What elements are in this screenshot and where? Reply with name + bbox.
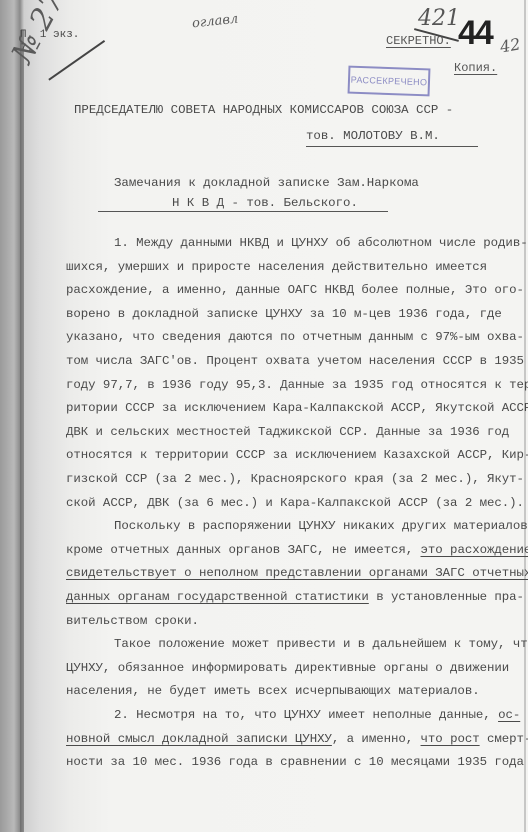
body-line: ДВК и сельских местностей Таджикской ССР… — [66, 425, 509, 439]
text-run: относятся к территории СССР за исключени… — [66, 448, 528, 462]
addressee-line-1: ПРЕДСЕДАТЕЛЮ СОВЕТА НАРОДНЫХ КОМИССАРОВ … — [74, 103, 453, 117]
secrecy-label: СЕКРЕТНО. — [386, 34, 451, 48]
text-run: Такое положение может привести и в дальн… — [114, 637, 528, 651]
body-line: 1. Между данными НКВД и ЦУНХУ об абсолют… — [114, 236, 528, 250]
text-run: 1. Между данными НКВД и ЦУНХУ об абсолют… — [114, 236, 528, 250]
underlined-text: свидетельствует о неполном представлении… — [66, 566, 528, 580]
text-run: смерт- — [480, 732, 528, 746]
handwritten-note: оглавл — [191, 12, 239, 32]
text-run: ЦУНХУ, обязанное информировать директивн… — [66, 661, 509, 675]
body-line: свидетельствует о неполном представлении… — [66, 566, 528, 580]
underlined-text: это расхождение — [421, 543, 528, 557]
title-line-2: Н К В Д - тов. Бельского. — [172, 196, 358, 210]
text-run: расхождение, а именно, данные ОАГС НКВД … — [66, 283, 524, 297]
text-run: вительством сроки. — [66, 614, 199, 628]
body-line: населения, не будет иметь всех исчерпыва… — [66, 684, 480, 698]
text-run: ритории СССР за исключением Кара-Калпакс… — [66, 401, 528, 415]
body-line: ритории СССР за исключением Кара-Калпакс… — [66, 401, 528, 415]
page-edge — [524, 0, 526, 832]
text-run: шихся, умерших и приросте населения дейс… — [66, 260, 487, 274]
underlined-text: новной смысл докладной записки ЦУНХУ — [66, 732, 332, 746]
body-line: новной смысл докладной записки ЦУНХУ, а … — [66, 732, 528, 746]
binding-edge — [20, 30, 24, 832]
body-line: году 97,7, в 1936 году 95,3. Данные за 1… — [66, 378, 528, 392]
body-line: ворено в докладной записке ЦУНХУ за 10 м… — [66, 307, 502, 321]
body-line: ности за 10 мес. 1936 года в сравнении с… — [66, 755, 524, 769]
text-run: населения, не будет иметь всех исчерпыва… — [66, 684, 480, 698]
copy-label: Копия. — [454, 61, 497, 75]
body-line: гизской ССР (за 2 мес.), Красноярского к… — [66, 472, 524, 486]
text-run: в установленные пра- — [369, 590, 524, 604]
body-line: 2. Несмотря на то, что ЦУНХУ имеет непол… — [114, 708, 520, 722]
body-line: ской АССР, ДВК (за 6 мес.) и Кара-Калпак… — [66, 496, 524, 510]
underlined-text: данных органам государственной статистик… — [66, 590, 369, 604]
text-run: 2. Несмотря на то, что ЦУНХУ имеет непол… — [114, 708, 498, 722]
title-line-1: Замечания к докладной записке Зам.Нарком… — [114, 176, 419, 190]
handwritten-stroke — [48, 40, 105, 81]
underlined-text: что рост — [421, 732, 480, 746]
addressee-underline — [306, 146, 478, 147]
text-run: том числа ЗАГС'ов. Процент охвата учетом… — [66, 354, 524, 368]
body-line: Такое положение может привести и в дальн… — [114, 637, 528, 651]
text-run: гизской ССР (за 2 мес.), Красноярского к… — [66, 472, 524, 486]
text-run: ской АССР, ДВК (за 6 мес.) и Кара-Калпак… — [66, 496, 524, 510]
text-run: ДВК и сельских местностей Таджикской ССР… — [66, 425, 509, 439]
text-run: Поскольку в распоряжении ЦУНХУ никаких д… — [114, 519, 528, 533]
body-line: том числа ЗАГС'ов. Процент охвата учетом… — [66, 354, 524, 368]
text-run: , а именно, — [332, 732, 421, 746]
text-run: указано, что сведения даются по отчетным… — [66, 330, 524, 344]
sheet-number: 44 — [458, 14, 492, 53]
body-line: кроме отчетных данных органов ЗАГС, не и… — [66, 543, 528, 557]
text-run: ворено в докладной записке ЦУНХУ за 10 м… — [66, 307, 502, 321]
body-line: шихся, умерших и приросте населения дейс… — [66, 260, 487, 274]
declassified-stamp: РАССЕКРЕЧЕНО — [348, 66, 431, 97]
text-run: ности за 10 мес. 1936 года в сравнении с… — [66, 755, 524, 769]
document-page: П. 1 экз. 7. № 27 оглавл 421 СЕКРЕТНО. 4… — [0, 0, 528, 832]
title-underline — [98, 211, 388, 212]
addressee-line-2: тов. МОЛОТОВУ В.М. — [306, 129, 440, 143]
body-line: данных органам государственной статистик… — [66, 590, 524, 604]
body-line: вительством сроки. — [66, 614, 199, 628]
margin-number: 42 — [499, 34, 522, 56]
underlined-text: ос- — [498, 708, 520, 722]
body-line: расхождение, а именно, данные ОАГС НКВД … — [66, 283, 524, 297]
text-run: году 97,7, в 1936 году 95,3. Данные за 1… — [66, 378, 528, 392]
body-line: ЦУНХУ, обязанное информировать директивн… — [66, 661, 509, 675]
text-run: кроме отчетных данных органов ЗАГС, не и… — [66, 543, 421, 557]
body-line: указано, что сведения даются по отчетным… — [66, 330, 524, 344]
body-line: относятся к территории СССР за исключени… — [66, 448, 528, 462]
crossed-sheet-number: 421 — [418, 6, 460, 31]
body-line: Поскольку в распоряжении ЦУНХУ никаких д… — [114, 519, 528, 533]
